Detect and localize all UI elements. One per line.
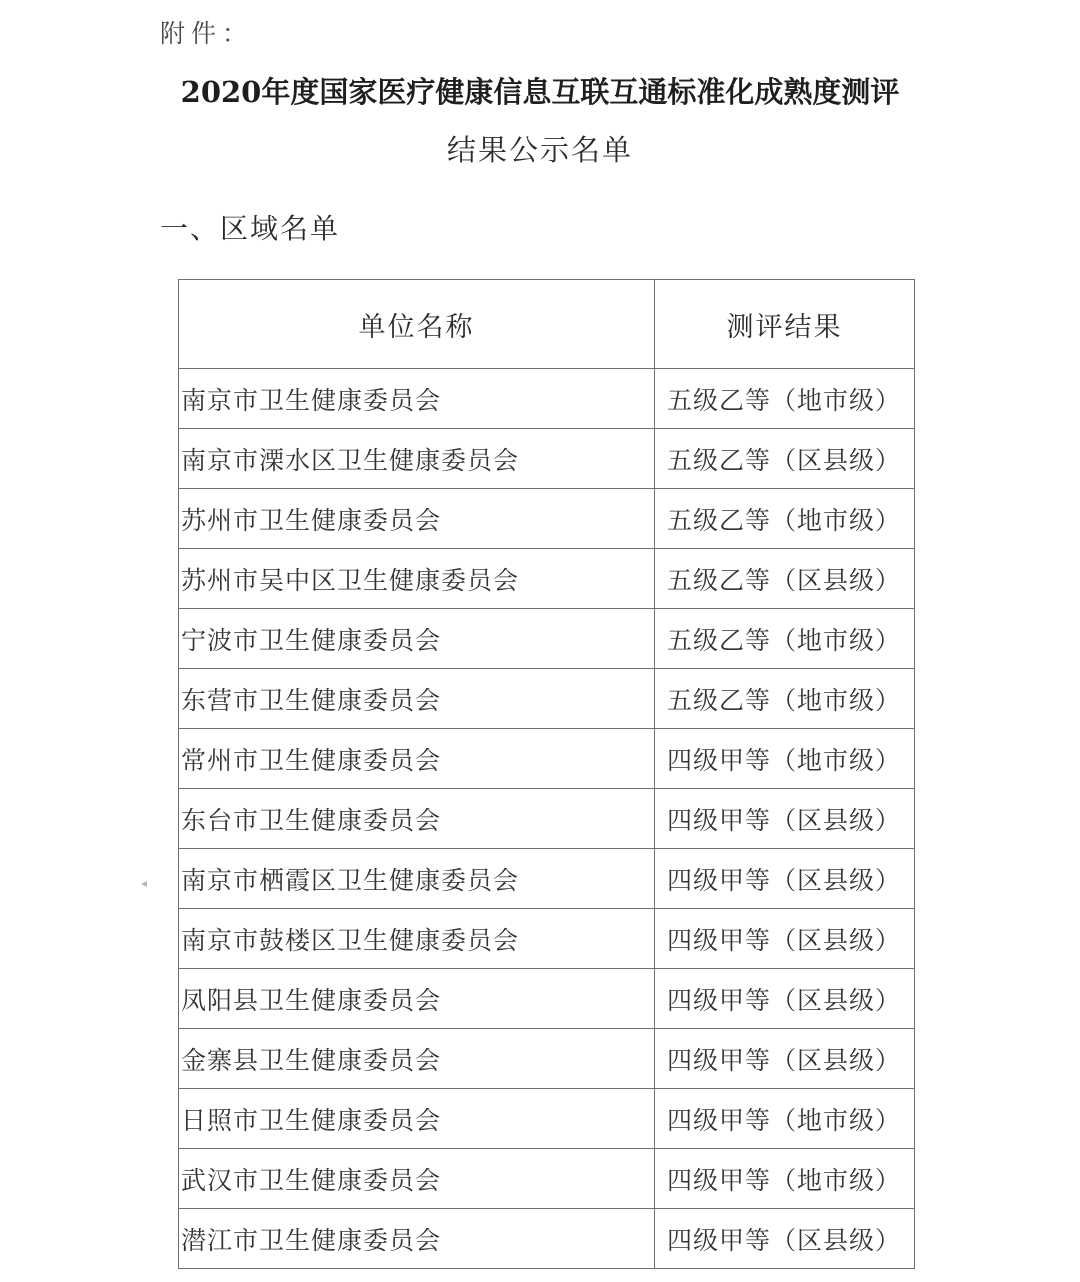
attachment-label: 附件： [160,14,253,50]
unit-name-cell: 宁波市卫生健康委员会 [179,609,655,669]
unit-name-cell: 凤阳县卫生健康委员会 [179,969,655,1029]
result-cell: 四级甲等（区县级） [655,1209,915,1269]
result-cell: 五级乙等（地市级） [655,609,915,669]
unit-name-cell: 苏州市吴中区卫生健康委员会 [179,549,655,609]
table-row: 南京市溧水区卫生健康委员会 五级乙等（区县级） [179,429,915,489]
result-cell: 四级甲等（地市级） [655,1149,915,1209]
table-row: 潜江市卫生健康委员会 四级甲等（区县级） [179,1209,915,1269]
result-cell: 四级甲等（地市级） [655,1089,915,1149]
scan-artifact-mark [141,881,147,887]
unit-name-cell: 苏州市卫生健康委员会 [179,489,655,549]
result-cell: 四级甲等（区县级） [655,1029,915,1089]
column-header-result: 测评结果 [655,280,915,369]
unit-name-cell: 金寨县卫生健康委员会 [179,1029,655,1089]
section-heading-regional-list: 一、区域名单 [160,207,340,247]
table-row: 日照市卫生健康委员会 四级甲等（地市级） [179,1089,915,1149]
table-header-row: 单位名称 测评结果 [179,280,915,369]
table-row: 南京市栖霞区卫生健康委员会 四级甲等（区县级） [179,849,915,909]
table-row: 常州市卫生健康委员会 四级甲等（地市级） [179,729,915,789]
result-cell: 四级甲等（地市级） [655,729,915,789]
result-cell: 四级甲等（区县级） [655,789,915,849]
unit-name-cell: 日照市卫生健康委员会 [179,1089,655,1149]
unit-name-cell: 常州市卫生健康委员会 [179,729,655,789]
table-row: 南京市卫生健康委员会 五级乙等（地市级） [179,369,915,429]
unit-name-cell: 东营市卫生健康委员会 [179,669,655,729]
unit-name-cell: 南京市栖霞区卫生健康委员会 [179,849,655,909]
unit-name-cell: 潜江市卫生健康委员会 [179,1209,655,1269]
document-title-line-1: 2020年度国家医疗健康信息互联互通标准化成熟度测评 [0,70,1080,111]
table-row: 南京市鼓楼区卫生健康委员会 四级甲等（区县级） [179,909,915,969]
result-cell: 四级甲等（区县级） [655,909,915,969]
results-table: 单位名称 测评结果 南京市卫生健康委员会 五级乙等（地市级） 南京市溧水区卫生健… [178,279,915,1269]
result-cell: 五级乙等（地市级） [655,669,915,729]
table-row: 凤阳县卫生健康委员会 四级甲等（区县级） [179,969,915,1029]
table-row: 苏州市吴中区卫生健康委员会 五级乙等（区县级） [179,549,915,609]
result-cell: 五级乙等（区县级） [655,429,915,489]
unit-name-cell: 南京市卫生健康委员会 [179,369,655,429]
unit-name-cell: 武汉市卫生健康委员会 [179,1149,655,1209]
result-cell: 四级甲等（区县级） [655,969,915,1029]
table-row: 宁波市卫生健康委员会 五级乙等（地市级） [179,609,915,669]
unit-name-cell: 南京市溧水区卫生健康委员会 [179,429,655,489]
table-row: 苏州市卫生健康委员会 五级乙等（地市级） [179,489,915,549]
result-cell: 五级乙等（地市级） [655,489,915,549]
table-row: 东营市卫生健康委员会 五级乙等（地市级） [179,669,915,729]
document-title-line-2: 结果公示名单 [0,128,1080,169]
result-cell: 五级乙等（地市级） [655,369,915,429]
table-row: 金寨县卫生健康委员会 四级甲等（区县级） [179,1029,915,1089]
column-header-unit-name: 单位名称 [179,280,655,369]
unit-name-cell: 东台市卫生健康委员会 [179,789,655,849]
table-row: 东台市卫生健康委员会 四级甲等（区县级） [179,789,915,849]
result-cell: 五级乙等（区县级） [655,549,915,609]
unit-name-cell: 南京市鼓楼区卫生健康委员会 [179,909,655,969]
result-cell: 四级甲等（区县级） [655,849,915,909]
table-row: 武汉市卫生健康委员会 四级甲等（地市级） [179,1149,915,1209]
